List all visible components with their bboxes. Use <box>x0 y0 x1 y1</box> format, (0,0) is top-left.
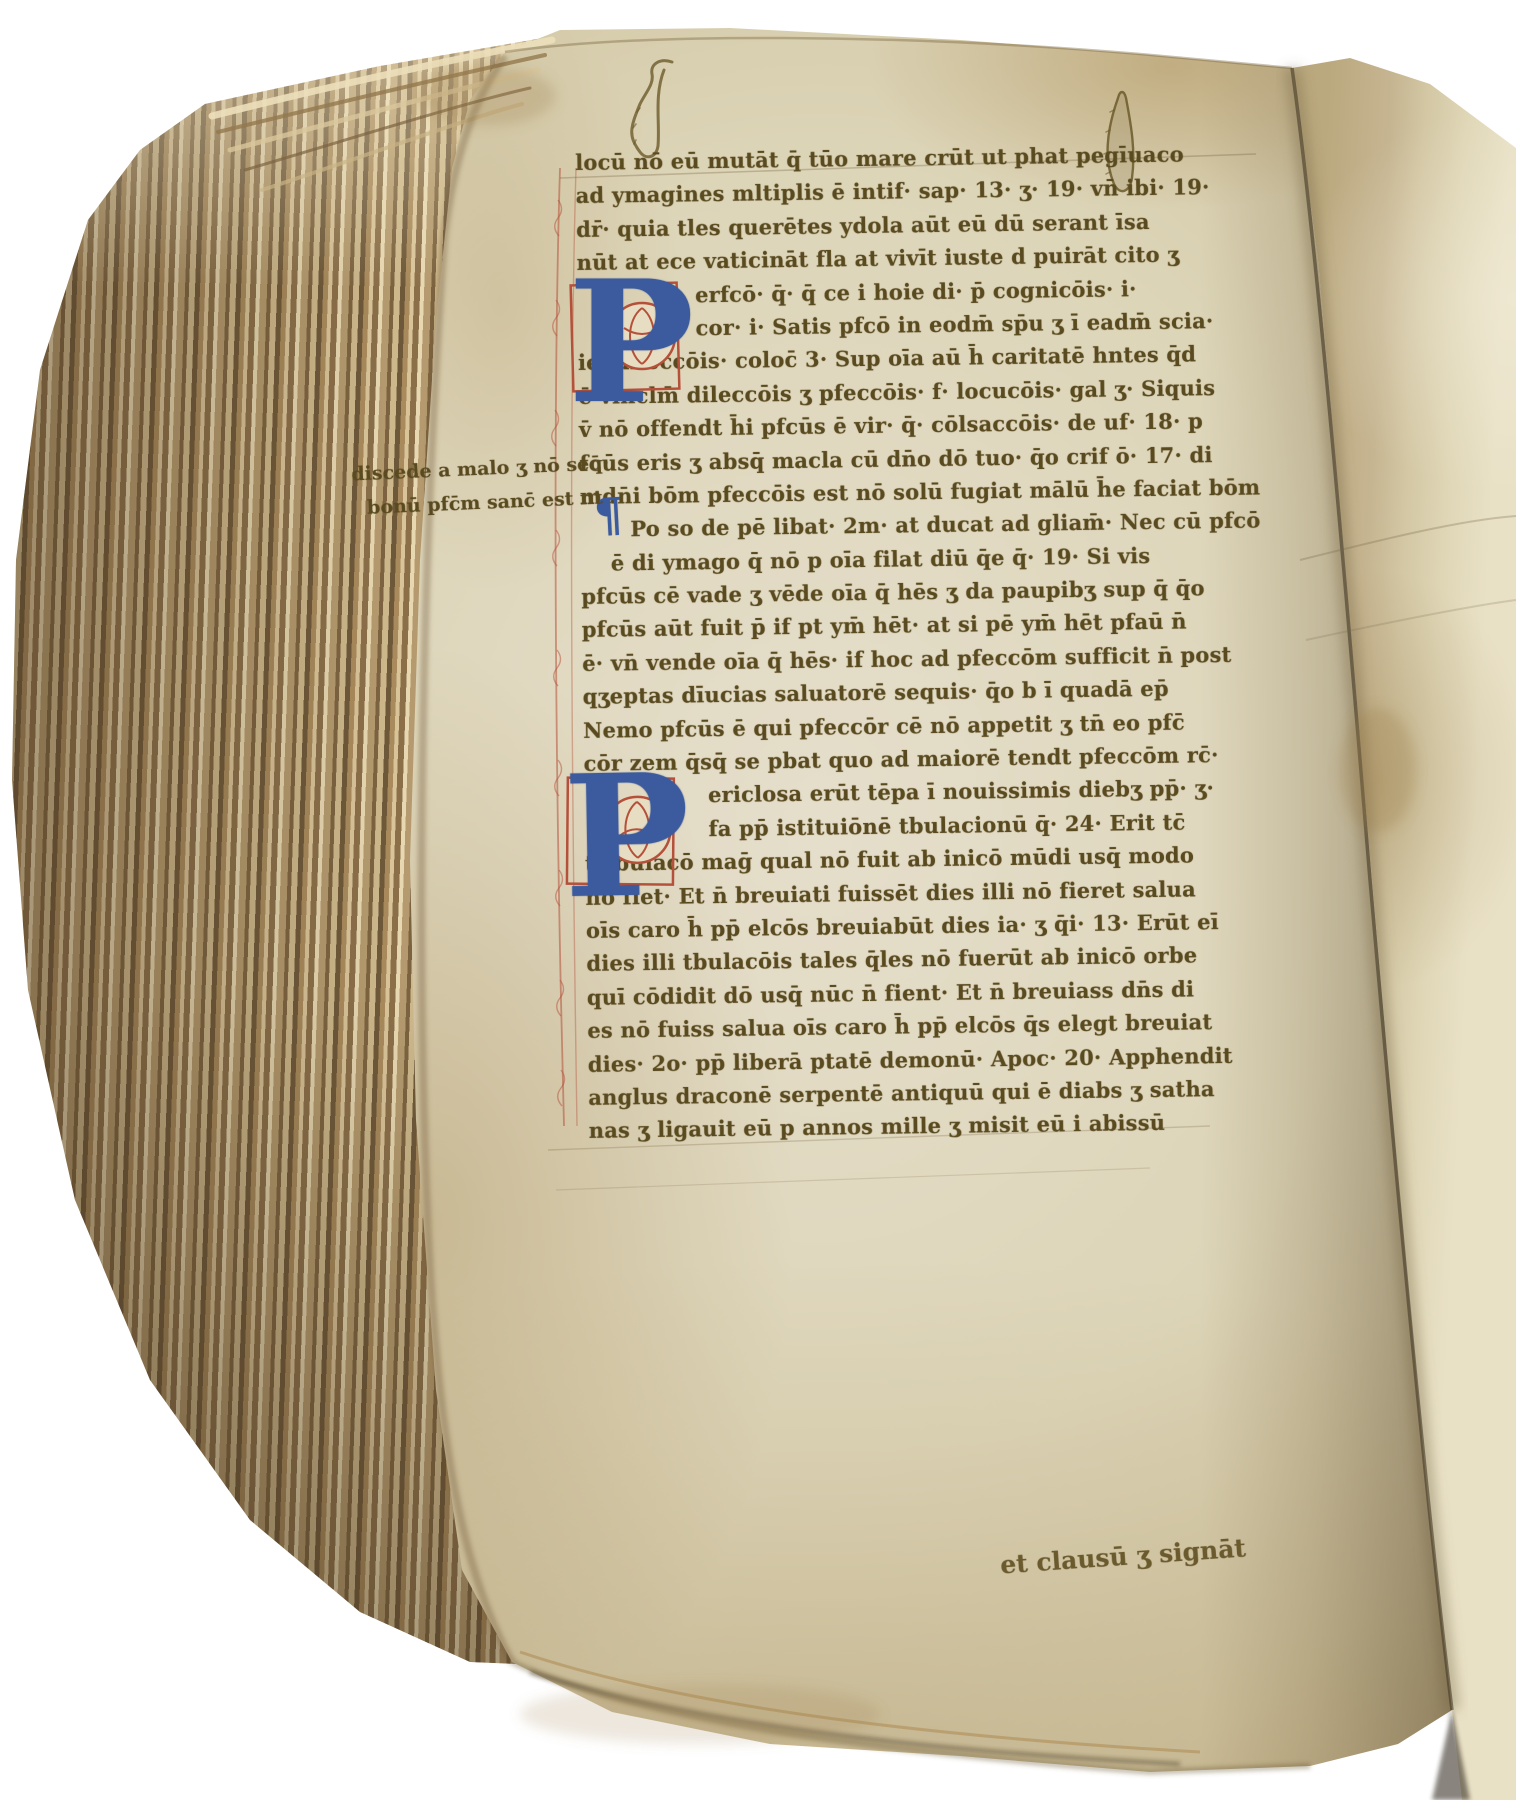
illuminated-initial-2: P <box>560 769 695 963</box>
illuminated-initial-1: P <box>566 276 698 468</box>
marginal-note: discede a malo ʒ nō seq̄· bonū pfc̄m san… <box>351 447 604 526</box>
initial-letter: P <box>568 258 694 426</box>
initial-letter: P <box>562 751 691 921</box>
book-photo: locū nō eū mutāt q̄ tūo mare crūt ut pha… <box>0 0 1516 1800</box>
gutter-shadow <box>1292 68 1516 1800</box>
pen-flourish-left <box>632 61 672 157</box>
